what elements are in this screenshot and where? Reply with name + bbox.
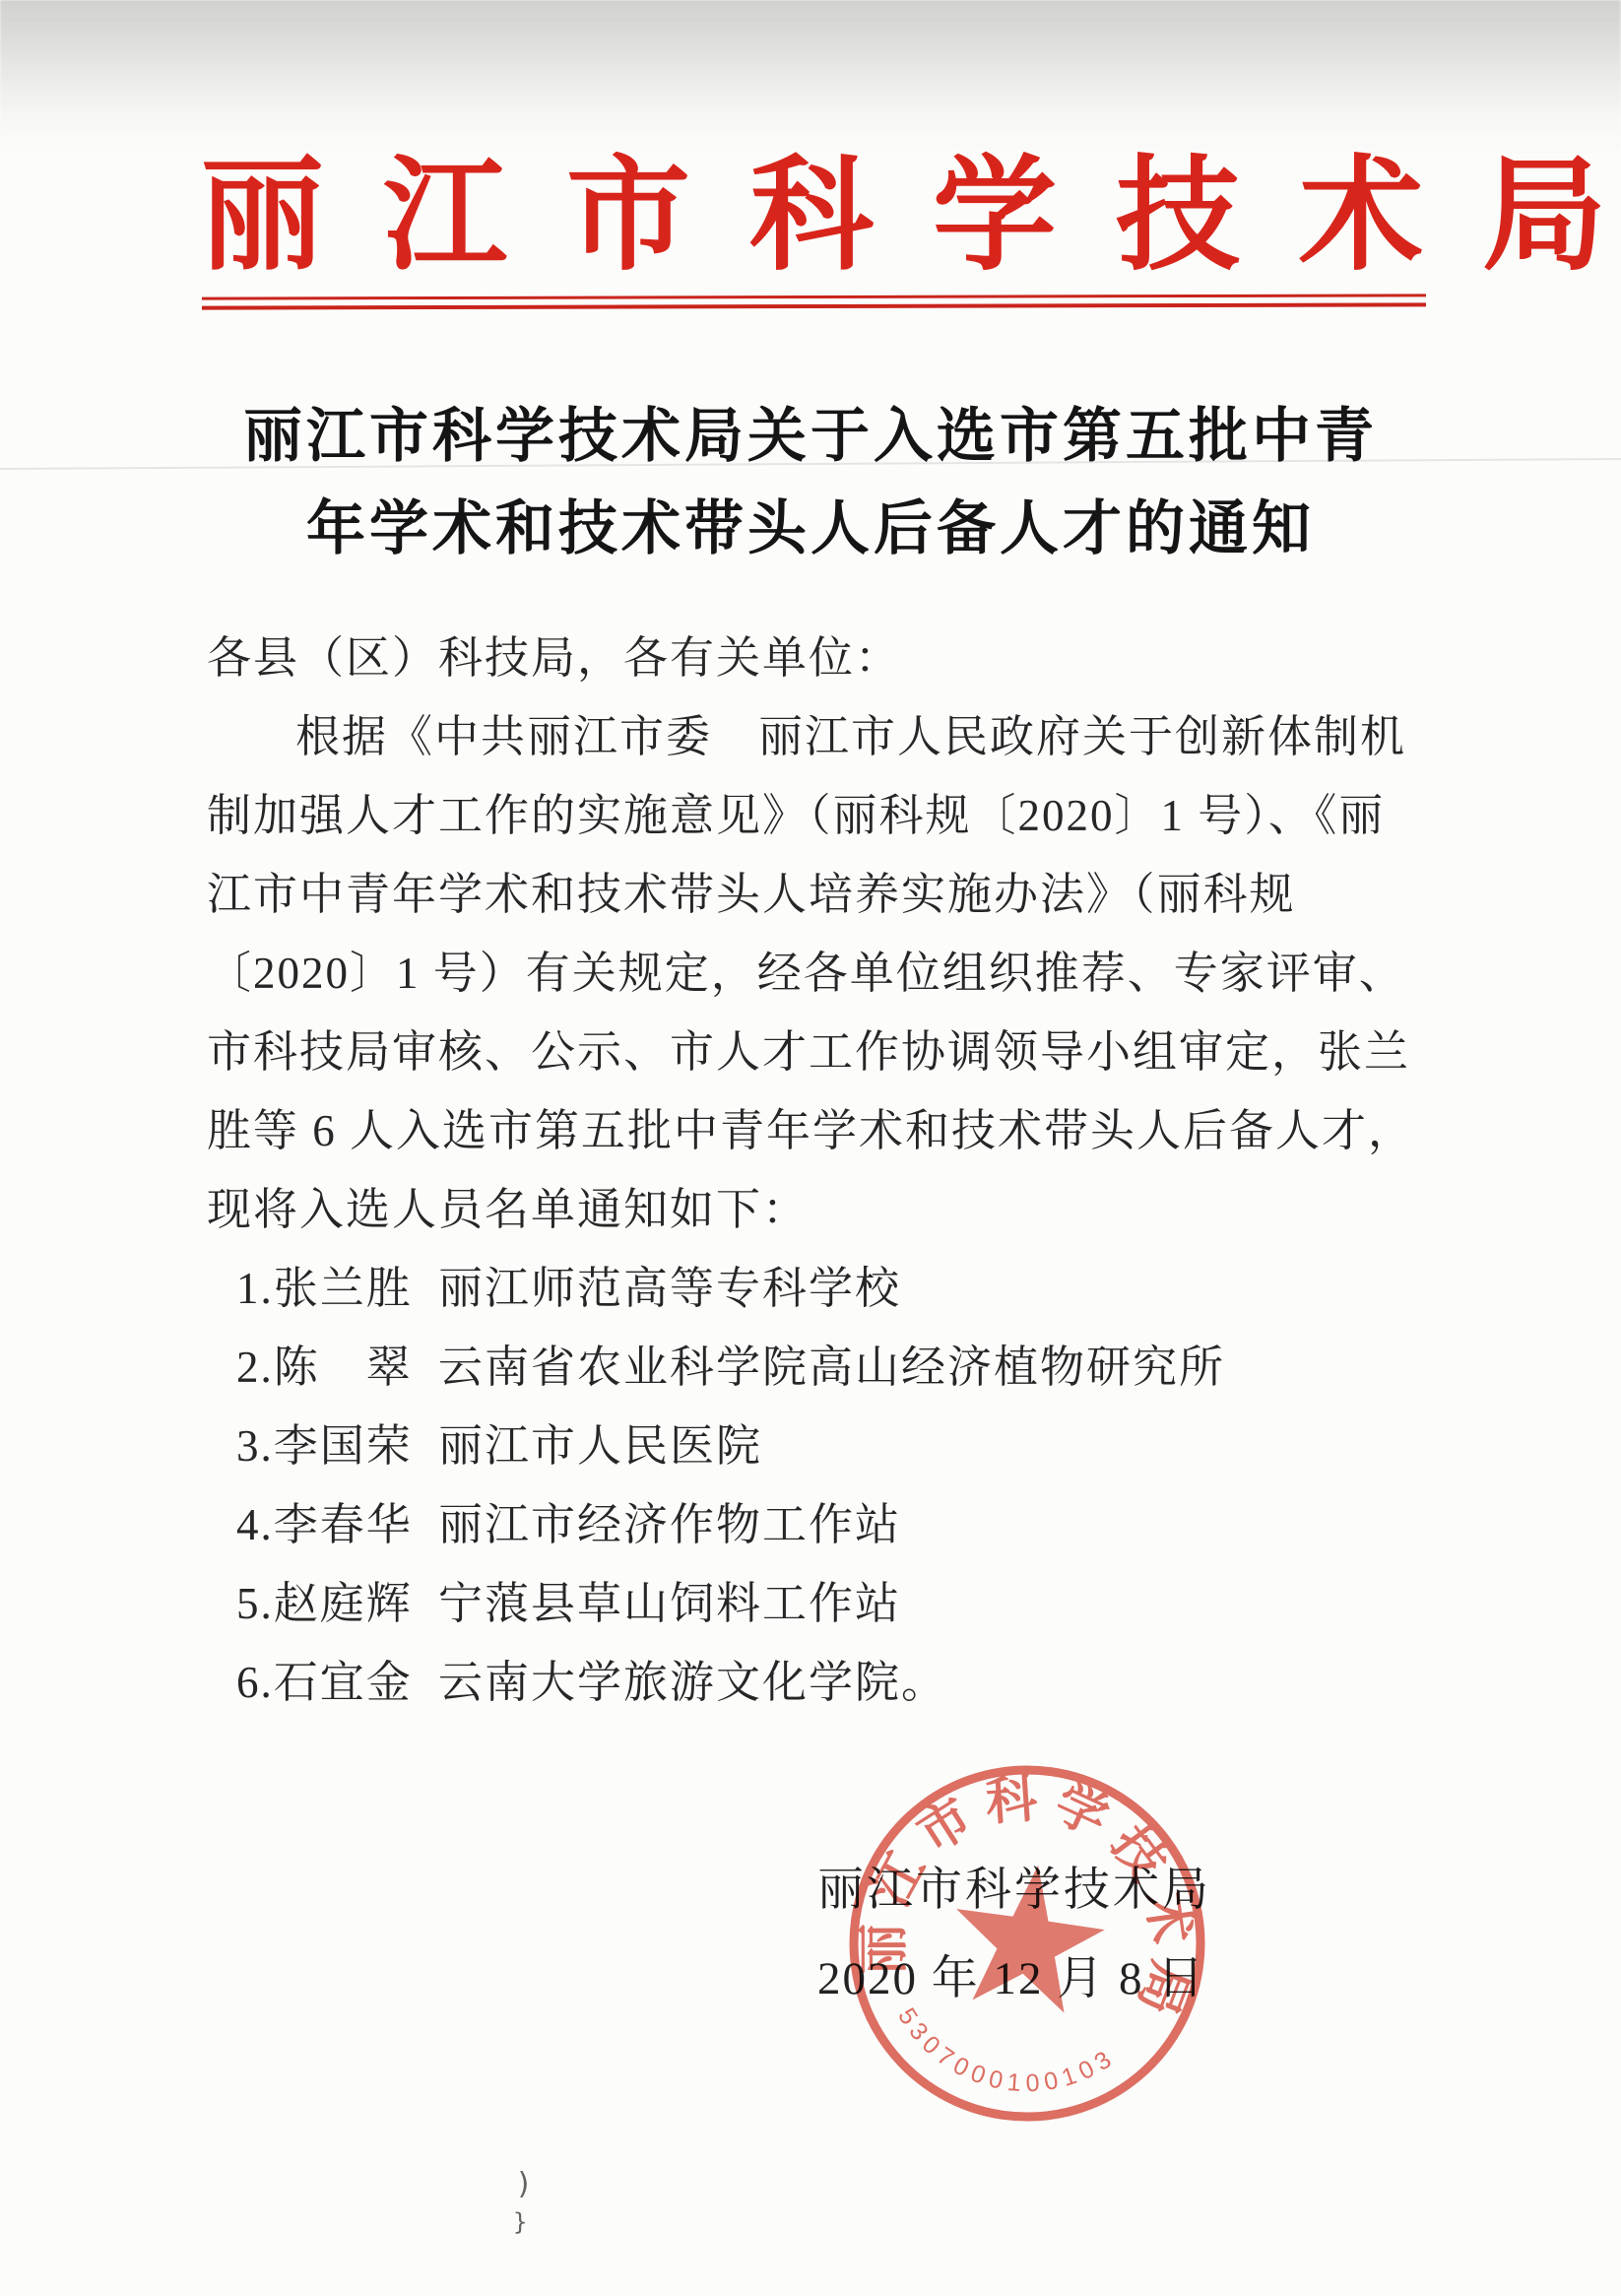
roster-row: 6.石宜金云南大学旅游文化学院。	[207, 1643, 1428, 1722]
body-line: 江市中青年学术和技术带头人培养实施办法》（丽科规	[207, 855, 1428, 934]
official-red-seal: 丽江市科学技术局 5307000100103	[839, 1755, 1215, 2132]
roster-person-name: 4.李春华	[236, 1485, 438, 1564]
salutation-line: 各县（区）科技局，各有关单位：	[207, 619, 1428, 697]
body-line: 胜等 6 人入选市第五批中青年学术和技术带头人后备人才，	[207, 1091, 1428, 1170]
svg-text:5307000100103: 5307000100103	[883, 2001, 1126, 2112]
roster-row: 1.张兰胜丽江师范高等专科学校	[207, 1249, 1428, 1328]
roster-organization: 宁蒗县草山饲料工作站	[438, 1564, 901, 1643]
seal-code-number: 5307000100103	[883, 2001, 1126, 2112]
roster-row: 4.李春华丽江市经济作物工作站	[207, 1485, 1428, 1564]
roster-person-name: 2.陈 翠	[236, 1328, 438, 1407]
roster-person-name: 1.张兰胜	[236, 1249, 438, 1328]
letterhead-agency-title: 丽江市科学技术局	[200, 156, 1621, 280]
roster-organization: 云南省农业科学院高山经济植物研究所	[438, 1328, 1225, 1407]
document-title: 丽江市科学技术局关于入选市第五批中青 年学术和技术带头人后备人才的通知	[0, 390, 1621, 575]
roster-organization: 丽江师范高等专科学校	[438, 1249, 901, 1328]
scan-noise-band	[0, 0, 1621, 158]
body-line: 现将入选人员名单通知如下：	[207, 1170, 1428, 1249]
scanned-document-page: 丽江市科学技术局 丽江市科学技术局关于入选市第五批中青 年学术和技术带头人后备人…	[0, 0, 1621, 2296]
document-body: 各县（区）科技局，各有关单位： 根据《中共丽江市委 丽江市人民政府关于创新体制机…	[207, 619, 1428, 1722]
roster-row: 3.李国荣丽江市人民医院	[207, 1407, 1428, 1485]
body-line: 〔2020〕1 号）有关规定，经各单位组织推荐、专家评审、	[207, 934, 1428, 1013]
roster-organization: 云南大学旅游文化学院。	[438, 1643, 947, 1722]
scan-artifact-mark: }	[513, 2208, 527, 2236]
body-line: 市科技局审核、公示、市人才工作协调领导小组审定，张兰	[207, 1013, 1428, 1091]
document-title-line2: 年学术和技术带头人后备人才的通知	[0, 483, 1621, 575]
roster-row: 2.陈 翠云南省农业科学院高山经济植物研究所	[207, 1328, 1428, 1407]
roster-row: 5.赵庭辉宁蒗县草山饲料工作站	[207, 1564, 1428, 1643]
roster-organization: 丽江市人民医院	[438, 1407, 762, 1485]
letterhead-divider-rule	[202, 294, 1426, 309]
roster-person-name: 5.赵庭辉	[236, 1564, 438, 1643]
document-title-line1: 丽江市科学技术局关于入选市第五批中青	[0, 390, 1621, 483]
body-paragraph: 根据《中共丽江市委 丽江市人民政府关于创新体制机制加强人才工作的实施意见》（丽科…	[207, 697, 1428, 1249]
seal-star-icon	[944, 1855, 1113, 2016]
roster-person-name: 3.李国荣	[236, 1407, 438, 1485]
scan-artifact-mark: )	[515, 2167, 533, 2201]
body-line: 制加强人才工作的实施意见》（丽科规〔2020〕1 号）、《丽	[207, 776, 1428, 855]
body-line: 根据《中共丽江市委 丽江市人民政府关于创新体制机	[207, 697, 1428, 776]
awardee-roster: 1.张兰胜丽江师范高等专科学校2.陈 翠云南省农业科学院高山经济植物研究所3.李…	[207, 1249, 1428, 1722]
roster-organization: 丽江市经济作物工作站	[438, 1485, 901, 1564]
roster-person-name: 6.石宜金	[236, 1643, 438, 1722]
